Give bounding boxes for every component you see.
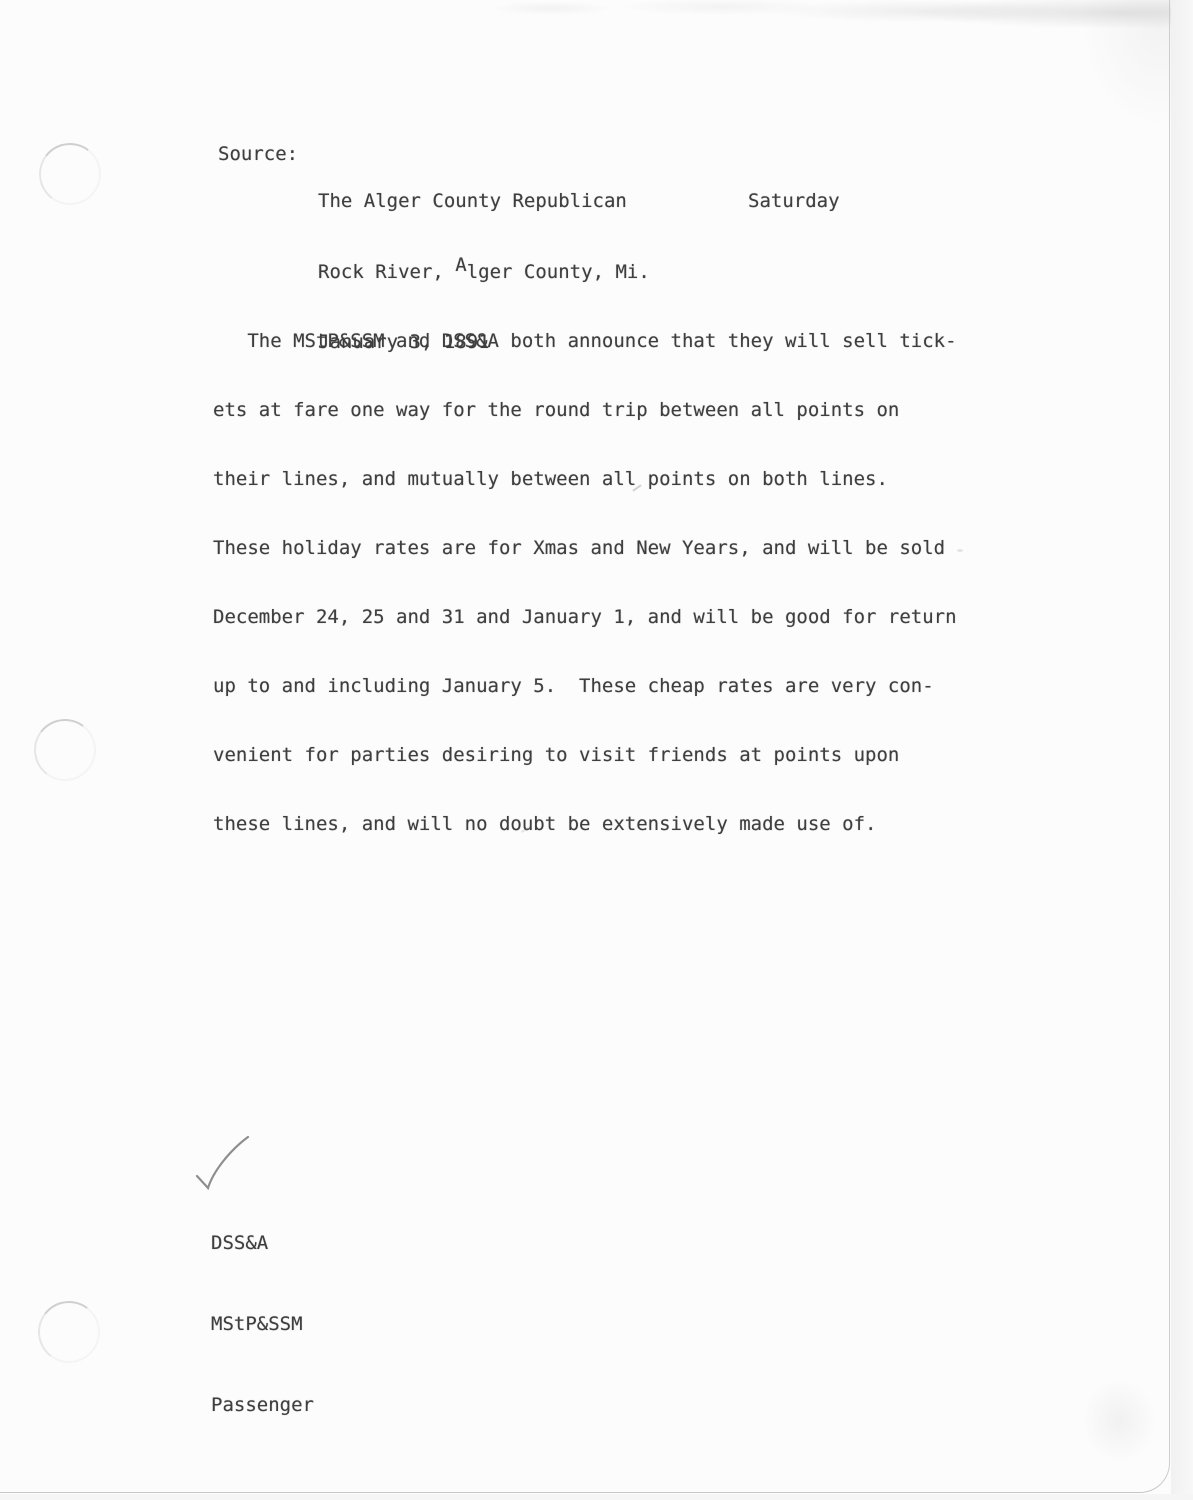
tag-line: DSS&A: [211, 1230, 314, 1257]
scan-margin-right: [1171, 0, 1193, 1500]
article-paragraph: The MStP&SSM and DSS&A both announce tha…: [213, 284, 957, 882]
paragraph-line: These holiday rates are for Xmas and New…: [213, 537, 957, 560]
weekday-label: Saturday: [748, 190, 840, 213]
scanned-page: Source: The Alger County Republican Rock…: [0, 0, 1193, 1500]
paragraph-line: The MStP&SSM and DSS&A both announce tha…: [213, 330, 957, 353]
tag-line: MStP&SSM: [211, 1311, 314, 1338]
scan-smudge: [1082, 1378, 1157, 1463]
location-text-post: lger County, Mi.: [467, 261, 650, 283]
punch-hole-top: [35, 139, 105, 209]
paragraph-line: these lines, and will no doubt be extens…: [213, 813, 957, 836]
paragraph-line: venient for parties desiring to visit fr…: [213, 744, 957, 767]
scan-margin-bottom: [0, 1494, 1193, 1500]
index-tags: DSS&A MStP&SSM Passenger: [211, 1176, 314, 1473]
publication-name: The Alger County Republican: [318, 190, 650, 214]
paragraph-line: their lines, and mutually between all po…: [213, 468, 957, 491]
scan-noise-top-right: [1080, 0, 1193, 130]
paragraph-line: December 24, 25 and 31 and January 1, an…: [213, 606, 957, 629]
punch-hole-bottom: [34, 1297, 104, 1367]
publication-location: Rock River, Alger County, Mi.: [318, 261, 650, 285]
paragraph-line: ets at fare one way for the round trip b…: [213, 399, 957, 422]
tag-line: Passenger: [211, 1392, 314, 1419]
scan-noise-top: [480, 0, 1193, 28]
punch-hole-middle: [30, 715, 100, 785]
paragraph-line: up to and including January 5. These che…: [213, 675, 957, 698]
location-text-pre: Rock River,: [318, 261, 455, 283]
scan-speck: [957, 549, 963, 552]
source-label: Source:: [218, 143, 298, 166]
location-superscript-a: A: [455, 254, 466, 276]
